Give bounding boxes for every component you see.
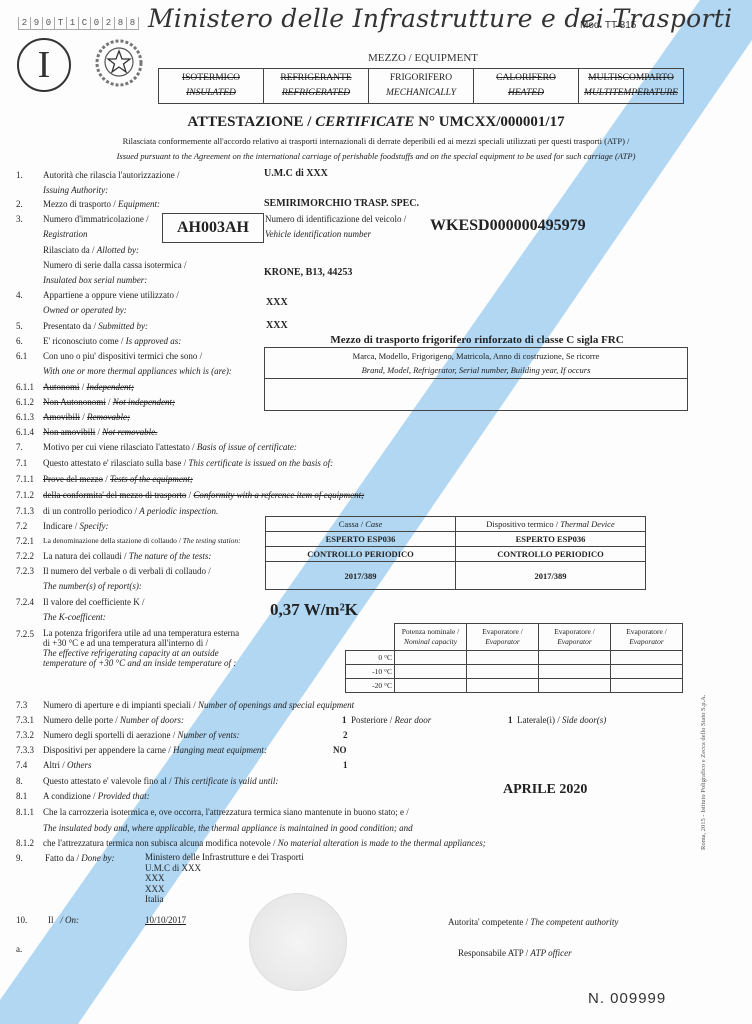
label-it: Che la carrozzeria isotermica e, ove occ…	[43, 806, 413, 818]
brand-header-en: Brand, Model, Refrigerator, Serial numbe…	[265, 363, 687, 377]
removable-option: Amovibili / Removable;	[43, 411, 130, 423]
header-it: Cassa /	[339, 519, 365, 529]
type-en: INSULATED	[159, 86, 263, 101]
capacity-cell	[467, 651, 539, 665]
temp-cell: 0 °C	[346, 651, 395, 665]
title-en: CERTIFICATE	[315, 114, 414, 130]
label-en: / On:	[60, 915, 79, 925]
specify-label: Indicare / Specify:	[43, 520, 108, 532]
testing-station-case: ESPERTO ESP036	[266, 532, 456, 547]
evaporator-header: Evaporatore /Evaporator	[611, 624, 683, 651]
atp-officer-label: Responsabile ATP / ATP officer	[458, 947, 572, 959]
serial-digit: 8	[115, 17, 127, 29]
reports-label: Il numero del verbale o di verbali di co…	[43, 565, 211, 592]
equipment-type-table: ISOTERMICOINSULATED REFRIGERANTEREFRIGER…	[158, 68, 684, 104]
openings-label: Numero di aperture e di impianti special…	[43, 699, 354, 711]
done-by-line: XXX	[145, 873, 304, 884]
label-en: Registration	[43, 228, 149, 240]
label-en: This certificate is valid until:	[174, 776, 279, 786]
tests-option: Prove del mezzo / Tests of the equipment…	[43, 473, 193, 485]
label-it: Amovibili	[43, 412, 80, 422]
label-en: With one or more thermal appliances whic…	[43, 365, 232, 377]
label-it: Numero delle porte /	[43, 715, 120, 725]
refrigerating-capacity-label: La potenza frigorifera utile ad una temp…	[43, 628, 239, 668]
field-number: 8.	[16, 776, 23, 786]
valid-until-value: APRILE 2020	[503, 782, 587, 798]
others-value: 1	[343, 759, 348, 771]
label-en: Allotted by:	[97, 245, 139, 255]
label-it: Numero di aperture e di impianti special…	[43, 700, 198, 710]
allotted-by-label: Rilasciato da / Allotted by:	[43, 244, 139, 256]
type-en: REFRIGERATED	[264, 86, 368, 101]
label-it: Numero d'immatricolazione /	[43, 213, 149, 225]
field-number: 1.	[16, 170, 23, 180]
label-it: Rilasciato da /	[43, 245, 97, 255]
hanging-meat-value: NO	[333, 744, 347, 756]
equipment-type-multitemperature: MULTISCOMPARTOMULTITEMPERATURE	[579, 69, 684, 104]
header-en: Evaporator	[541, 637, 608, 647]
label-it: Posteriore /	[351, 715, 395, 725]
label-en: Is approved as:	[126, 336, 182, 346]
label-en: The competent authority	[530, 917, 618, 927]
vents-label: Numero degli sportelli di aerazione / Nu…	[43, 729, 239, 741]
capacity-cell	[467, 665, 539, 679]
type-it: CALORIFERO	[474, 71, 578, 86]
testing-station-device: ESPERTO ESP036	[456, 532, 646, 547]
owner-label: Appartiene a oppure viene utilizzato /Ow…	[43, 289, 179, 316]
registration-label: Numero d'immatricolazione /Registration	[43, 213, 149, 240]
capacity-cell	[395, 651, 467, 665]
label-it: E' riconosciuto come /	[43, 336, 126, 346]
submitted-by-value: XXX	[266, 320, 288, 331]
type-it: FRIGORIFERO	[369, 71, 473, 86]
label-en: Independent;	[87, 382, 134, 392]
label-it: Non Autononomi	[43, 397, 106, 407]
side-door-value: 1 Laterale(i) / Side door(s)	[508, 714, 606, 726]
field-number: 6.	[16, 336, 23, 346]
type-it: ISOTERMICO	[159, 71, 263, 86]
label-en: Number of doors:	[120, 715, 184, 725]
signature-letter: a.	[16, 944, 22, 954]
equipment-type-mechanically: FRIGORIFEROMECHANICALLY	[369, 69, 474, 104]
label-en: Owned or operated by:	[43, 304, 179, 316]
label-it: di +30 °C e ad una temperatura all'inter…	[43, 638, 239, 648]
serial-digit: 9	[31, 17, 43, 29]
basis-label: Motivo per cui viene rilasciato l'attest…	[43, 441, 297, 453]
capacity-cell	[395, 665, 467, 679]
field-number: 5.	[16, 321, 23, 331]
doors-label: Numero delle porte / Number of doors:	[43, 714, 184, 726]
approved-as-value: Mezzo di trasporto frigorifero rinforzat…	[268, 334, 686, 346]
field-number: 8.1.1	[16, 807, 34, 817]
label-en: Not removable.	[102, 427, 157, 437]
field-number: 7.2	[16, 521, 27, 531]
certificate-title: ATTESTAZIONE / CERTIFICATE N° UMCXX/0000…	[0, 114, 752, 131]
field-number: 7.3	[16, 700, 27, 710]
vents-value: 2	[343, 729, 348, 741]
serial-digit: 1	[67, 17, 79, 29]
header-it: Evaporatore /	[613, 627, 680, 637]
field-number: 8.1.2	[16, 838, 34, 848]
box-serial-value: KRONE, B13, 44253	[264, 267, 352, 278]
field-number: 10.	[16, 915, 27, 925]
header-en: Thermal Device	[560, 519, 615, 529]
maintained-condition: Che la carrozzeria isotermica e, ove occ…	[43, 806, 413, 834]
date-value: 10/10/2017	[145, 914, 186, 926]
type-en: MULTITEMPERATURE	[579, 86, 683, 101]
field-number: 7.4	[16, 760, 27, 770]
hanging-meat-label: Dispositivi per appendere la carne / Han…	[43, 744, 267, 756]
header-en: Evaporator	[469, 637, 536, 647]
label-it: La denominazione della stazione di colla…	[43, 536, 183, 545]
done-by-line: XXX	[145, 884, 304, 895]
label-en: This certificate is issued on the basis …	[188, 458, 333, 468]
header-en: Case	[365, 519, 382, 529]
serial-digit: 2	[103, 17, 115, 29]
serial-code: 2 9 0 T 1 C 0 2 8 8	[18, 17, 139, 30]
label-en: Removable;	[87, 412, 130, 422]
field-number: 7.3.3	[16, 745, 34, 755]
k-coefficient-label: Il valore del coefficiente K /The K-coef…	[43, 596, 145, 623]
temp-cell: -10 °C	[346, 665, 395, 679]
label-en: Others	[67, 760, 92, 770]
brand-box: Marca, Modello, Frigorigeno, Matricola, …	[264, 347, 688, 411]
serial-digit: C	[79, 17, 91, 29]
issuing-authority-label: Autorità che rilascia l'autorizzazione /…	[43, 169, 180, 196]
field-number: 7.1.3	[16, 506, 34, 516]
label-it: A condizione /	[43, 791, 98, 801]
label-en: Insulated box serial number:	[43, 274, 186, 286]
label-it: Altri /	[43, 760, 67, 770]
field-number: 6.1.1	[16, 382, 34, 392]
label-en: The nature of the tests:	[129, 551, 212, 561]
nature-case: CONTROLLO PERIODICO	[266, 547, 456, 562]
ministry-title: Ministero delle Infrastrutture e dei Tra…	[148, 4, 732, 33]
field-number: 6.1.2	[16, 397, 34, 407]
label-en: No material alteration is made to the th…	[278, 838, 486, 848]
field-number: 7.2.3	[16, 566, 34, 576]
owner-value: XXX	[266, 297, 288, 308]
case-header: Cassa / Case	[266, 517, 456, 532]
capacity-cell	[611, 651, 683, 665]
label-en: Specify:	[79, 521, 108, 531]
field-number: 6.1.3	[16, 412, 34, 422]
evaporator-header: Evaporatore /Evaporator	[467, 624, 539, 651]
title-it: ATTESTAZIONE	[187, 114, 303, 130]
done-by-line: U.M.C di XXX	[145, 863, 304, 874]
label-it: Non amovibili	[43, 427, 95, 437]
capacity-cell	[611, 679, 683, 693]
not-independent-option: Non Autononomi / Not independent;	[43, 396, 175, 408]
label-it: La natura dei collaudi /	[43, 551, 129, 561]
corner-cell	[346, 624, 395, 651]
rear-door-count: 1	[342, 715, 347, 725]
side-door-count: 1	[508, 715, 513, 725]
serial-digit: 0	[43, 17, 55, 29]
report-device: 2017/389	[456, 562, 646, 590]
report-case: 2017/389	[266, 562, 456, 590]
label-it: Laterale(i) /	[517, 715, 562, 725]
rear-door-value: 1 Posteriore / Rear door	[342, 714, 431, 726]
evaporator-header: Evaporatore /Evaporator	[539, 624, 611, 651]
field-number: 7.2.4	[16, 597, 34, 607]
done-by-label: Fatto da / Done by:	[45, 852, 115, 864]
label-it: Autorita' competente /	[448, 917, 530, 927]
field-number: 2.	[16, 199, 23, 209]
label-it: Il valore del coefficiente K /	[43, 596, 145, 608]
periodic-inspection-option: di un controllo periodico / A periodic i…	[43, 505, 218, 517]
label-en: Hanging meat equipment:	[173, 745, 267, 755]
label-en: The effective refrigerating capacity at …	[43, 648, 239, 658]
serial-digit: 8	[127, 17, 138, 29]
no-alteration-condition: che l'attrezzatura termica non subisca a…	[43, 837, 486, 849]
printer-note: Roma, 2015 - Istituto Poligrafico e Zecc…	[700, 690, 707, 850]
label-it: Fatto da /	[45, 853, 81, 863]
label-en: Tests of the equipment;	[110, 474, 193, 484]
label-en: The K-coefficent:	[43, 611, 145, 623]
issued-basis-label: Questo attestato e' rilasciato sulla bas…	[43, 457, 333, 469]
done-by-line: Ministero delle Infrastrutture e dei Tra…	[145, 852, 304, 863]
label-en: The testing station:	[183, 536, 241, 545]
capacity-cell	[539, 651, 611, 665]
issuing-authority-value: U.M.C di XXX	[264, 168, 328, 179]
brand-box-header: Marca, Modello, Frigorigeno, Matricola, …	[265, 348, 687, 379]
capacity-cell	[539, 679, 611, 693]
label-it: Questo attestato e' valevole fino al /	[43, 776, 174, 786]
country-letter: I	[38, 43, 51, 87]
capacity-header: Potenza nominale /Nominal capacity	[395, 624, 467, 651]
label-en: Done by:	[81, 853, 114, 863]
thermal-device-header: Dispositivo termico / Thermal Device	[456, 517, 646, 532]
provided-that-label: A condizione / Provided that:	[43, 790, 150, 802]
field-number: 3.	[16, 214, 23, 224]
field-number: 7.1.1	[16, 474, 34, 484]
label-en: The insulated body and, where applicable…	[43, 822, 413, 834]
valid-until-label: Questo attestato e' valevole fino al / T…	[43, 775, 278, 787]
table-row: -10 °C	[346, 665, 683, 679]
equipment-type-insulated: ISOTERMICOINSULATED	[159, 69, 264, 104]
field-number: 7.1.2	[16, 490, 34, 500]
label-it: Numero di identificazione del veicolo /	[265, 213, 406, 225]
label-it: di un controllo periodico /	[43, 506, 139, 516]
header-en: Evaporator	[613, 637, 680, 647]
label-it: Motivo per cui viene rilasciato l'attest…	[43, 442, 197, 452]
table-row: -20 °C	[346, 679, 683, 693]
equipment-value: SEMIRIMORCHIO TRASP. SPEC.	[264, 198, 419, 209]
label-it: Il	[48, 915, 54, 925]
country-badge: I	[17, 38, 71, 92]
registration-value: AH003AH	[162, 213, 264, 243]
intro-it: Rilasciata conformemente all'accordo rel…	[0, 136, 752, 146]
label-en: Rear door	[395, 715, 432, 725]
nature-device: CONTROLLO PERIODICO	[456, 547, 646, 562]
tests-nature-label: La natura dei collaudi / The nature of t…	[43, 550, 211, 562]
label-en: ATP officer	[530, 948, 571, 958]
brand-header-it: Marca, Modello, Frigorigeno, Matricola, …	[265, 349, 687, 363]
label-en: The number(s) of report(s):	[43, 580, 211, 592]
field-number: 7.3.2	[16, 730, 34, 740]
field-number: 6.1.4	[16, 427, 34, 437]
not-removable-option: Non amovibili / Not removable.	[43, 426, 157, 438]
equipment-type-refrigerated: REFRIGERANTEREFRIGERATED	[264, 69, 369, 104]
label-it: Presentato da /	[43, 321, 98, 331]
label-en: temperature of +30 °C and an inside temp…	[43, 658, 239, 668]
title-separator: /	[304, 114, 316, 130]
temp-cell: -20 °C	[346, 679, 395, 693]
label-en: Equipment:	[118, 199, 160, 209]
label-it: Il numero del verbale o di verbali di co…	[43, 565, 211, 577]
italian-emblem-icon	[94, 38, 144, 88]
field-number: 7.2.1	[16, 536, 34, 546]
k-coefficient-value: 0,37 W/m²K	[270, 600, 358, 620]
vin-value: WKESD000000495979	[430, 217, 586, 235]
date-label: Il / On:	[48, 914, 79, 926]
label-en: Number of openings and special equipment	[198, 700, 354, 710]
label-it: Con uno o piu' dispositivi termici che s…	[43, 350, 232, 362]
label-it: Dispositivi per appendere la carne /	[43, 745, 173, 755]
label-it: Prove del mezzo	[43, 474, 103, 484]
label-it: Autonomi	[43, 382, 80, 392]
label-it: della conformita' del mezzo di trasporto	[43, 490, 186, 500]
certificate-number: N° UMCXX/000001/17	[418, 114, 564, 130]
label-en: Number of vents:	[177, 730, 239, 740]
serial-digit: 2	[19, 17, 31, 29]
table-row: 0 °C	[346, 651, 683, 665]
label-it: Numero di serie dalla cassa isotermica /	[43, 259, 186, 271]
capacity-cell	[467, 679, 539, 693]
field-number: 7.3.1	[16, 715, 34, 725]
label-en: Basis of issue of certificate:	[197, 442, 297, 452]
document-number: N. 009999	[588, 990, 666, 1007]
intro-en: Issued pursuant to the Agreement on the …	[0, 151, 752, 161]
testing-station-label: La denominazione della stazione di colla…	[43, 535, 241, 547]
label-it: Questo attestato e' rilasciato sulla bas…	[43, 458, 188, 468]
tests-table: Cassa / CaseDispositivo termico / Therma…	[265, 516, 646, 590]
label-it: La potenza frigorifera utile ad una temp…	[43, 628, 239, 638]
capacity-table: Potenza nominale /Nominal capacity Evapo…	[345, 623, 683, 693]
box-serial-label: Numero di serie dalla cassa isotermica /…	[43, 259, 186, 286]
header-it: Evaporatore /	[541, 627, 608, 637]
approved-as-label: E' riconosciuto come / Is approved as:	[43, 335, 181, 347]
independent-option: Autonomi / Independent;	[43, 381, 134, 393]
capacity-cell	[395, 679, 467, 693]
field-number: 9.	[16, 853, 23, 863]
capacity-cell	[611, 665, 683, 679]
field-number: 7.2.2	[16, 551, 34, 561]
label-en: Issuing Authority:	[43, 184, 180, 196]
header-it: Potenza nominale /	[397, 627, 464, 637]
header-it: Evaporatore /	[469, 627, 536, 637]
label-it: Responsabile ATP /	[458, 948, 530, 958]
field-number: 7.1	[16, 458, 27, 468]
others-label: Altri / Others	[43, 759, 92, 771]
type-en: MECHANICALLY	[369, 86, 473, 101]
vin-label: Numero di identificazione del veicolo /V…	[265, 213, 406, 240]
serial-digit: 0	[91, 17, 103, 29]
field-number: 7.2.5	[16, 629, 34, 639]
equipment-label: Mezzo di trasporto / Equipment:	[43, 198, 160, 210]
embossed-seal-icon	[249, 893, 347, 991]
type-it: MULTISCOMPARTO	[579, 71, 683, 86]
field-number: 6.1	[16, 351, 27, 361]
label-en: Provided that:	[98, 791, 150, 801]
label-en: A periodic inspection.	[139, 506, 218, 516]
capacity-cell	[539, 665, 611, 679]
equipment-type-heated: CALORIFEROHEATED	[474, 69, 579, 104]
field-number: 7.	[16, 442, 23, 452]
label-en: Conformity with a reference item of equi…	[193, 490, 364, 500]
submitted-by-label: Presentato da / Submitted by:	[43, 320, 148, 332]
serial-digit: T	[55, 17, 67, 29]
competent-authority-label: Autorita' competente / The competent aut…	[448, 916, 618, 928]
type-it: REFRIGERANTE	[264, 71, 368, 86]
label-it: Indicare /	[43, 521, 79, 531]
label-en: Submitted by:	[98, 321, 148, 331]
thermal-appliances-label: Con uno o piu' dispositivi termici che s…	[43, 350, 232, 377]
header-it: Dispositivo termico /	[486, 519, 560, 529]
conformity-option: della conformita' del mezzo di trasporto…	[43, 489, 364, 501]
type-en: HEATED	[474, 86, 578, 101]
equipment-label: MEZZO / EQUIPMENT	[368, 52, 478, 64]
field-number: 4.	[16, 290, 23, 300]
label-it: Mezzo di trasporto /	[43, 199, 118, 209]
label-it: che l'attrezzatura termica non subisca a…	[43, 838, 278, 848]
label-en: Side door(s)	[562, 715, 606, 725]
label-it: Autorità che rilascia l'autorizzazione /	[43, 169, 180, 181]
field-number: 8.1	[16, 791, 27, 801]
label-en: Vehicle identification number	[265, 228, 406, 240]
header-en: Nominal capacity	[397, 637, 464, 647]
model-code: Mod. TT 815	[580, 20, 636, 31]
label-it: Numero degli sportelli di aerazione /	[43, 730, 177, 740]
label-en: Not independent;	[113, 397, 175, 407]
label-it: Appartiene a oppure viene utilizzato /	[43, 289, 179, 301]
